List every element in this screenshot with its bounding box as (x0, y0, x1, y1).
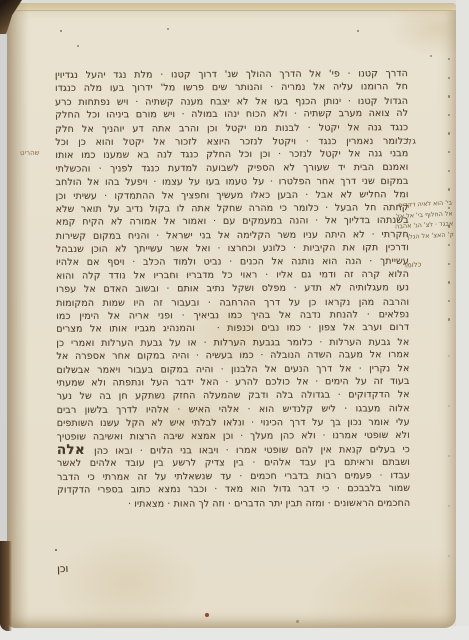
backdrop-bottom-strip (0, 626, 469, 640)
ink-speck (430, 55, 432, 57)
photo-scene: הדרך קטנו · פי' אל הדרך ההולך שנ' דרוך ק… (0, 0, 469, 640)
text-line: הלוא קרה זה ודמי גם אליו · ראוי כל מדברי… (56, 268, 409, 283)
main-text-block: הדרך קטנו · פי' אל הדרך ההולך שנ' דרוך ק… (55, 67, 410, 511)
enlarged-word: אלה (57, 442, 94, 458)
manuscript-photo: { "colors": { "background": "#dcdcd8", "… (0, 0, 469, 640)
red-stain (205, 613, 209, 617)
text-line: לה צואה מערב קשתיה · ולא הכוח ינהו במולה… (55, 107, 408, 122)
ink-speck (167, 28, 169, 30)
margin-note-right: בי' הוא לאיה דקדיםאל החלוף בי' אל אלאבגד… (390, 197, 454, 243)
text-line: בשנתהו בדליוך אל · והנה במעמקים עם · ואמ… (56, 214, 409, 229)
pricking-dot (448, 505, 450, 507)
ink-speck (357, 30, 359, 32)
binding-edge-bottom (0, 541, 12, 631)
text-line: חל הרומנו עליה אל נמריה · והנותר שים פרש… (55, 80, 408, 95)
margin-gloss-left: שהריט (20, 149, 40, 157)
pricking-dot (448, 170, 450, 172)
ink-speck (77, 45, 79, 47)
catchword: וכן (57, 563, 69, 575)
pricking-dot (448, 318, 450, 320)
pricking-dot (448, 77, 450, 79)
pricking-dot (448, 114, 450, 116)
text-line: אלוה מעבגו · ליש קלנדיש הוא · אלהי האיש … (57, 402, 410, 417)
text-line: דרום וערב אל צפון · כמו נבים וכנפות · וה… (56, 321, 409, 336)
text-line: שמור בלבבכם · כי דבר גדול הוא מאד · וכבר… (57, 482, 410, 497)
pricking-dot (448, 95, 450, 97)
pricking-dot (448, 405, 450, 407)
text-line: כנגד גנה אל יקטל · לבנות מנו יקטל וכן וה… (55, 121, 408, 136)
text-line: נעו מעגלותיה לא תדע · מפלס ושקל נתיב אות… (56, 281, 409, 296)
pricking-dot (448, 132, 450, 134)
pricking-dot (448, 58, 450, 60)
text-line: בעוד זה על הימים · אל כולכם להרע · האל י… (56, 375, 409, 390)
manuscript-page: הדרך קטנו · פי' אל הדרך ההולך שנ' דרוך ק… (7, 3, 456, 628)
text-line: כי בעלים קנאת אין להם שופטי אמרו · ויבאו… (57, 442, 410, 457)
text-line: ולא שופטי אמרנו · ולא כהן מעלך · וכן אמצ… (57, 428, 410, 443)
pricking-dot (448, 455, 450, 457)
pricking-dot (448, 244, 450, 246)
margin-gloss-right-bottom: כלומר (403, 260, 422, 269)
text-line: ואמנם הבית יד שעורך לא הספיק לשבועה למדע… (55, 161, 408, 176)
gutter-shadow (7, 3, 29, 628)
page-top-edge (7, 3, 456, 11)
backdrop-right-strip (456, 0, 469, 640)
margin-gloss-right-top: גל (407, 137, 417, 148)
pricking-dot (448, 263, 450, 265)
ink-speck (60, 30, 62, 32)
pricking-dot (448, 188, 450, 190)
ink-speck (55, 549, 57, 551)
text-line: החכמים הראשונים · ומזה תבין יתר הדברים ·… (57, 496, 410, 510)
faint-speck (296, 620, 299, 623)
pricking-dot (448, 151, 450, 153)
pricking-dot (448, 281, 450, 283)
pricking-dot (448, 300, 450, 302)
pricking-dot (448, 555, 450, 557)
pricking-dot (448, 355, 450, 357)
